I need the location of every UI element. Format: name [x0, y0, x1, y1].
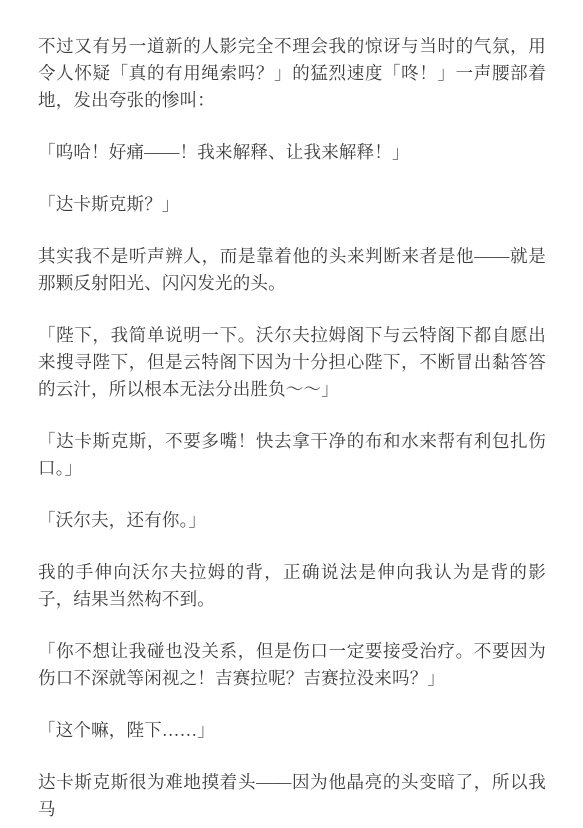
narration-paragraph: 我的手伸向沃尔夫拉姆的背，正确说法是伸向我认为是背的影子，结果当然构不到。 [38, 559, 546, 613]
narration-paragraph: 不过又有另一道新的人影完全不理会我的惊讶与当时的气氛，用令人怀疑「真的有用绳索吗… [38, 33, 546, 114]
dialogue-paragraph: 「达卡斯克斯？」 [38, 191, 546, 218]
narration-paragraph: 达卡斯克斯很为难地摸着头——因为他晶亮的头变暗了，所以我马 [38, 769, 546, 823]
dialogue-paragraph: 「达卡斯克斯，不要多嘴！快去拿干净的布和水来帮有利包扎伤口。」 [38, 428, 546, 482]
dialogue-paragraph: 「你不想让我碰也没关系，但是伤口一定要接受治疗。不要因为伤口不深就等闲视之！吉赛… [38, 638, 546, 692]
dialogue-paragraph: 「陛下，我简单说明一下。沃尔夫拉姆阁下与云特阁下都自愿出来搜寻陛下，但是云特阁下… [38, 322, 546, 403]
document-page: 不过又有另一道新的人影完全不理会我的惊讶与当时的气氛，用令人怀疑「真的有用绳索吗… [0, 0, 583, 828]
dialogue-paragraph: 「这个嘛，陛下……」 [38, 717, 546, 744]
dialogue-paragraph: 「沃尔夫，还有你。」 [38, 507, 546, 534]
dialogue-paragraph: 「呜哈！好痛——！我来解释、让我来解释！」 [38, 139, 546, 166]
narration-paragraph: 其实我不是听声辨人，而是靠着他的头来判断来者是他——就是那颗反射阳光、闪闪发光的… [38, 243, 546, 297]
